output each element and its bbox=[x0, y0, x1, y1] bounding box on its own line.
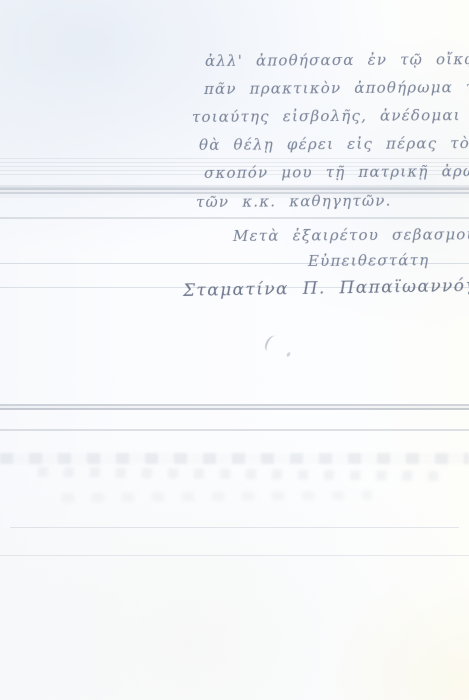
stray-pen-mark bbox=[286, 352, 291, 358]
scan-artifact-line bbox=[0, 217, 469, 219]
scanned-letter-page: ἀλλ' ἀποθήσασα ἐν τῷ οἴκῳ πᾶν πρακτικὸν … bbox=[0, 0, 469, 700]
bleed-through-ghost-text bbox=[62, 491, 372, 503]
bleed-through-ghost-text bbox=[38, 467, 438, 481]
handwriting-line: σκοπόν μου τῇ πατρικῇ ἀρωγῇ bbox=[204, 162, 469, 182]
handwriting-line: τῶν κ.κ. καθηγητῶν. bbox=[196, 192, 392, 211]
ruled-hairline bbox=[0, 555, 469, 556]
handwriting-line: ἀλλ' ἀποθήσασα ἐν τῷ οἴκῳ bbox=[205, 50, 469, 70]
scan-artifact-line bbox=[0, 429, 469, 431]
handwriting-line: τοιαύτης εἰσβολῆς, ἀνέδομαι bbox=[192, 106, 461, 126]
bleed-through-ghost-text bbox=[0, 453, 469, 464]
ruled-hairline bbox=[10, 527, 459, 528]
scan-artifact-double-line bbox=[0, 404, 469, 412]
handwriting-line: θὰ θέλῃ φέρει εἰς πέρας τὸν bbox=[199, 134, 469, 154]
handwriting-line: πᾶν πρακτικὸν ἀποθήρωμα τῆς bbox=[204, 78, 469, 98]
closing-salutation: Μετὰ ἐξαιρέτου σεβασμοῦ bbox=[233, 225, 469, 245]
closing-valediction: Εὐπειθεστάτη bbox=[308, 251, 429, 270]
signature: Σταματίνα Π. Παπαϊωαννόγλου bbox=[183, 275, 469, 301]
stray-pen-mark bbox=[263, 334, 280, 354]
